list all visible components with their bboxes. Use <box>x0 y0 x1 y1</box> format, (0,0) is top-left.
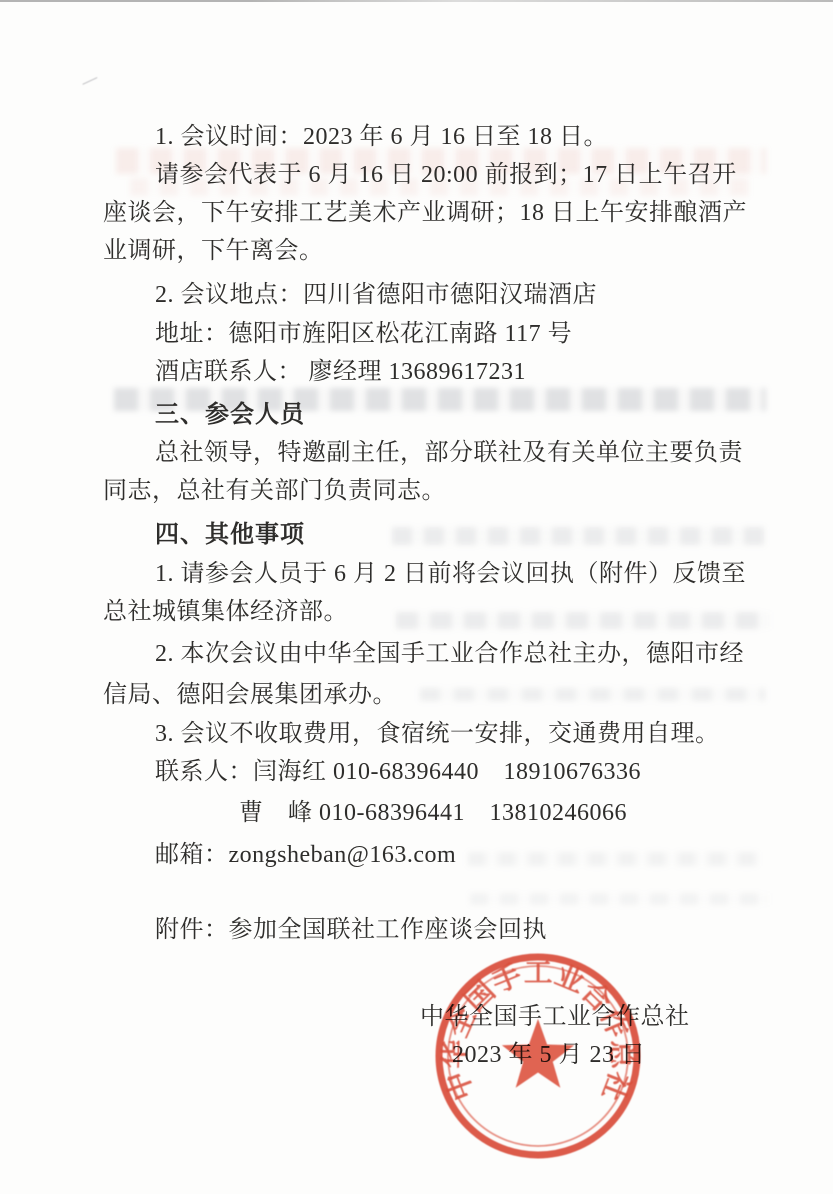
line-attachment: 附件：参加全国联社工作座谈会回执 <box>103 911 735 949</box>
line-other-2a: 2. 本次会议由中华全国手工业合作总社主办，德阳市经 <box>103 635 735 673</box>
line-address: 地址：德阳市旌阳区松花江南路 117 号 <box>103 315 735 353</box>
signature-org: 中华全国手工业合作总社 <box>420 998 735 1036</box>
line-schedule-2: 座谈会，下午安排工艺美术产业调研；18 日上午安排酿酒产 <box>103 194 735 232</box>
line-other-1b: 总社城镇集体经济部。 <box>103 593 735 631</box>
line-schedule-3: 业调研，下午离会。 <box>103 232 735 270</box>
line-contact-1: 联系人：闫海红 010-68396440 18910676336 <box>103 753 735 791</box>
signature-date: 2023 年 5 月 23 日 <box>452 1036 735 1074</box>
line-other-2b: 信局、德阳会展集团承办。 <box>103 676 735 714</box>
line-other-3: 3. 会议不收取费用，食宿统一安排，交通费用自理。 <box>103 715 735 753</box>
stray-pencil-mark <box>82 77 101 94</box>
line-schedule-1: 请参会代表于 6 月 16 日 20:00 前报到；17 日上午召开 <box>103 156 735 194</box>
line-contact-2: 曹 峰 010-68396441 13810246066 <box>103 794 735 832</box>
line-meeting-place: 2. 会议地点：四川省德阳市德阳汉瑞酒店 <box>103 276 735 314</box>
line-other-1a: 1. 请参会人员于 6 月 2 日前将会议回执（附件）反馈至 <box>103 555 735 593</box>
document-body: 1. 会议时间：2023 年 6 月 16 日至 18 日。 请参会代表于 6 … <box>103 118 735 1074</box>
scanned-document-page: 1. 会议时间：2023 年 6 月 16 日至 18 日。 请参会代表于 6 … <box>0 0 833 1194</box>
line-meeting-time: 1. 会议时间：2023 年 6 月 16 日至 18 日。 <box>103 118 735 156</box>
heading-other-matters: 四、其他事项 <box>103 516 735 554</box>
line-attendees-1: 总社领导，特邀副主任，部分联社及有关单位主要负责 <box>103 434 735 472</box>
line-hotel-contact: 酒店联系人： 廖经理 13689617231 <box>103 353 735 391</box>
scan-edge-artifact <box>0 0 833 2</box>
line-email: 邮箱：zongsheban@163.com <box>103 836 735 874</box>
heading-attendees: 三、参会人员 <box>103 396 735 434</box>
line-attendees-2: 同志，总社有关部门负责同志。 <box>103 472 735 510</box>
